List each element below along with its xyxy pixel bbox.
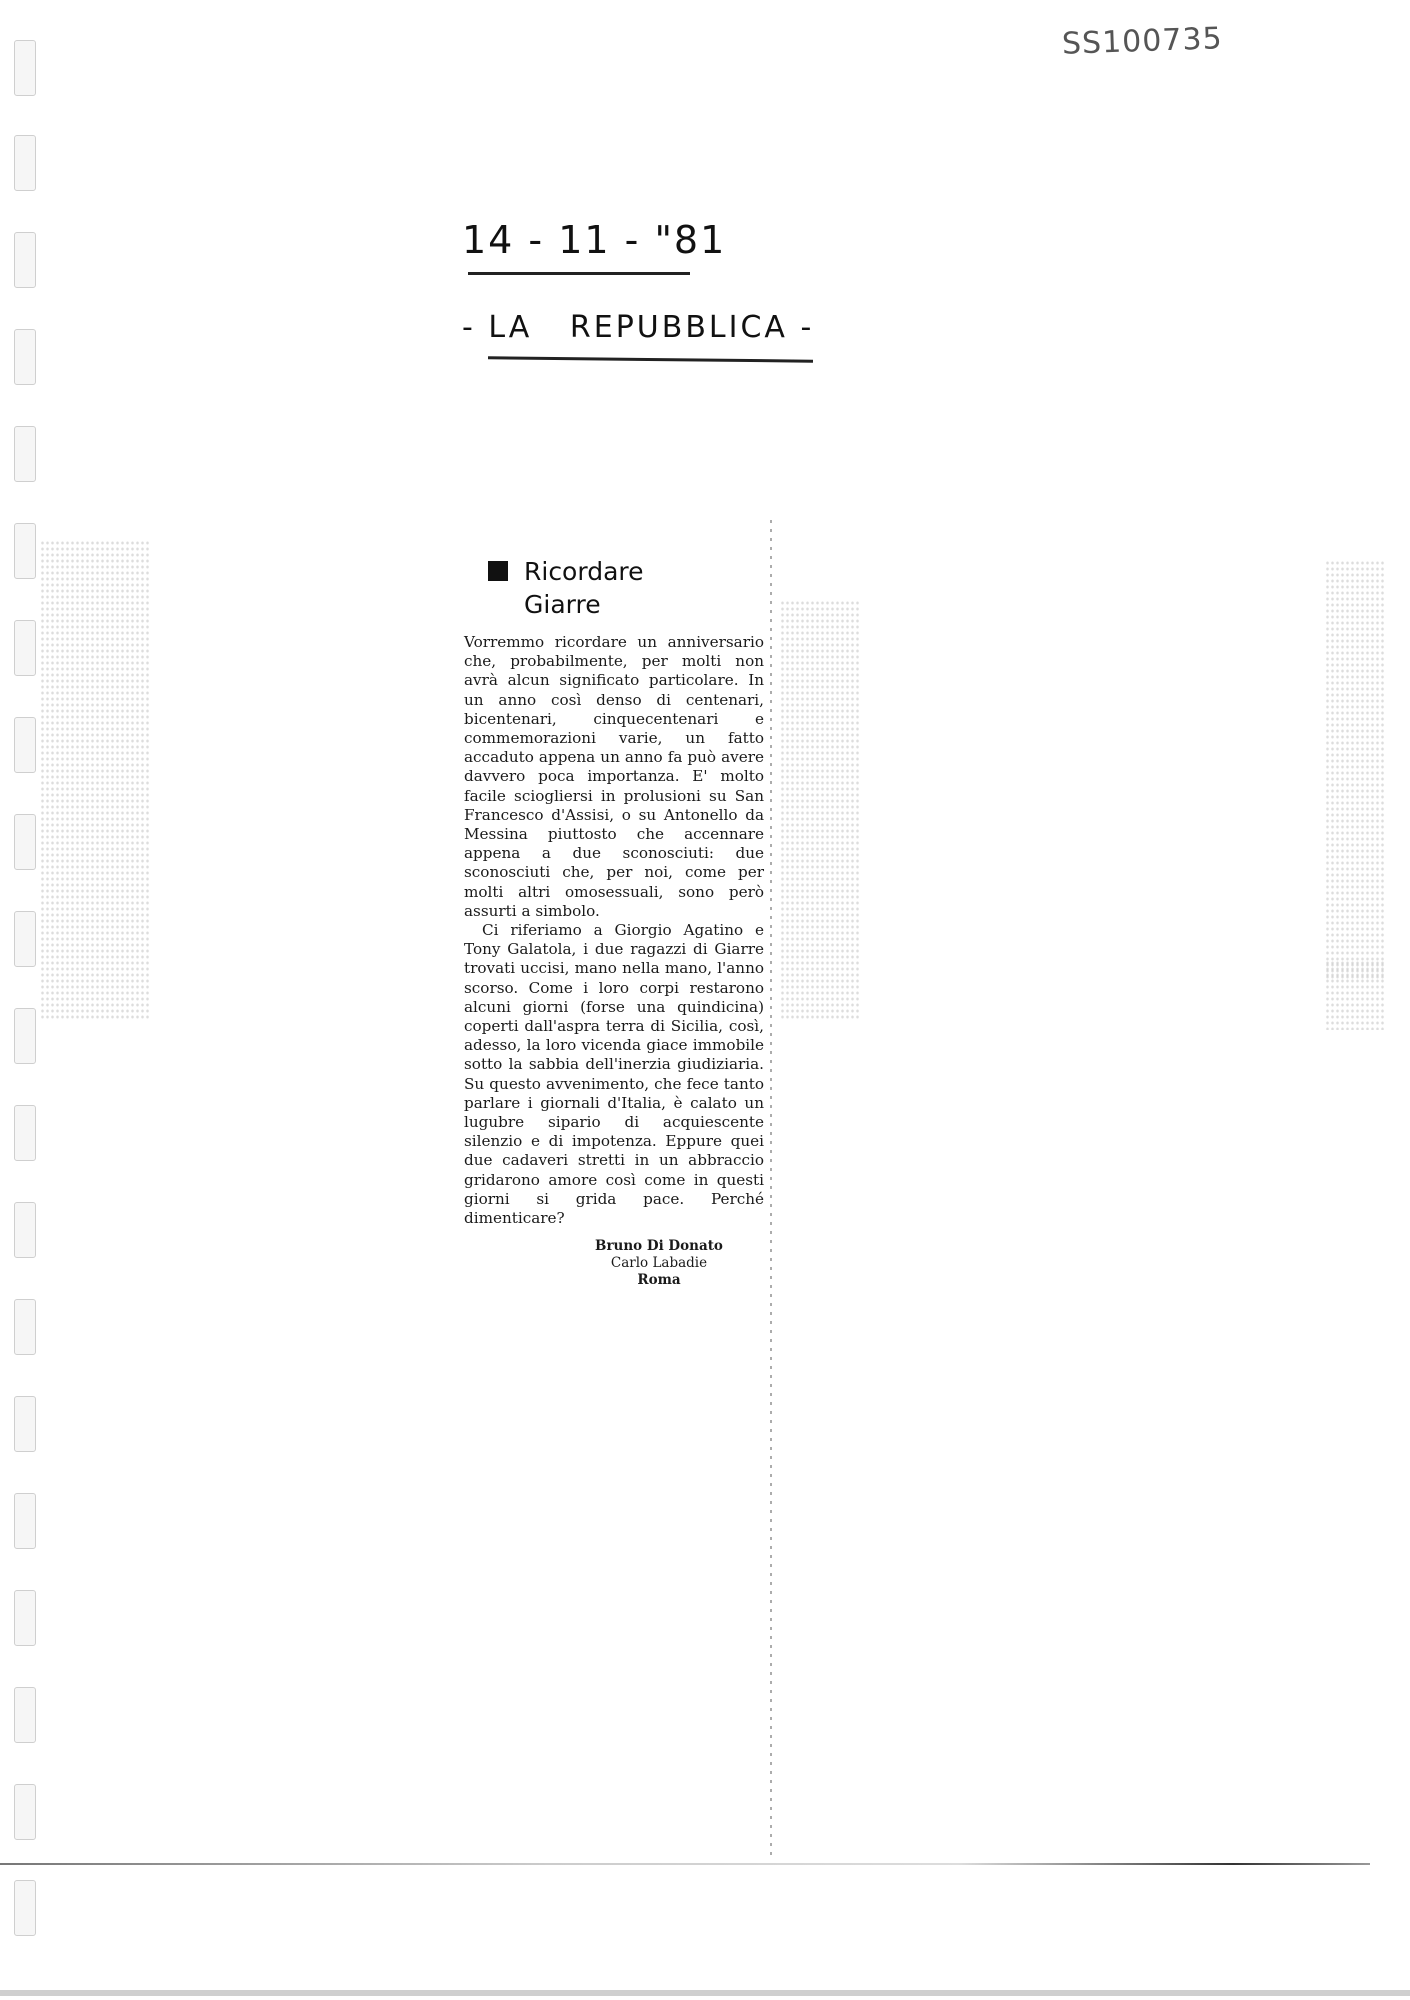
handwritten-date: 14 - 11 - "81 [462, 218, 726, 262]
binder-hole [14, 1202, 36, 1258]
signature-name: Carlo Labadie [584, 1255, 734, 1272]
signature-name: Bruno Di Donato [584, 1238, 734, 1255]
bleed-through-noise [780, 600, 860, 1020]
handwritten-source: - LA REPUBBLICA - [462, 310, 814, 345]
binder-hole [14, 1299, 36, 1355]
binder-hole [14, 232, 36, 288]
binder-hole [14, 329, 36, 385]
signature-city: Roma [584, 1272, 734, 1289]
binder-hole [14, 1396, 36, 1452]
source-underline [488, 356, 813, 362]
page-edge [0, 1990, 1410, 1996]
binder-hole [14, 40, 36, 96]
bullet-square-icon [488, 561, 508, 581]
binder-hole [14, 814, 36, 870]
binder-hole [14, 620, 36, 676]
date-underline [468, 272, 690, 275]
binder-hole [14, 717, 36, 773]
binder-hole [14, 1493, 36, 1549]
binder-hole [14, 523, 36, 579]
headline-line-2: Giarre [524, 590, 601, 619]
newspaper-clipping: Ricordare Giarre Vorremmo ricordare un a… [464, 555, 764, 1289]
bleed-through-noise [1325, 960, 1385, 1030]
binder-hole [14, 1105, 36, 1161]
letter-signature: Bruno Di Donato Carlo Labadie Roma [584, 1238, 734, 1289]
binder-hole [14, 1784, 36, 1840]
binder-hole [14, 135, 36, 191]
bleed-through-noise [40, 540, 150, 1020]
binder-hole [14, 1687, 36, 1743]
binder-hole [14, 1880, 36, 1936]
scan-artifact-line [0, 1863, 1370, 1865]
binder-hole [14, 911, 36, 967]
article-headline: Ricordare Giarre [464, 555, 764, 621]
binder-hole [14, 426, 36, 482]
binder-hole [14, 1590, 36, 1646]
headline-text: Ricordare Giarre [524, 555, 644, 621]
headline-line-1: Ricordare [524, 557, 644, 586]
archive-code: SS100735 [1061, 21, 1223, 62]
paragraph: Ci riferiamo a Giorgio Agatino e Tony Ga… [464, 921, 764, 1228]
binder-hole [14, 1008, 36, 1064]
bleed-through-noise [1325, 560, 1385, 980]
clipping-edge [770, 520, 772, 1860]
paragraph: Vorremmo ricordare un anniversario che, … [464, 633, 764, 921]
article-body: Vorremmo ricordare un anniversario che, … [464, 633, 764, 1228]
